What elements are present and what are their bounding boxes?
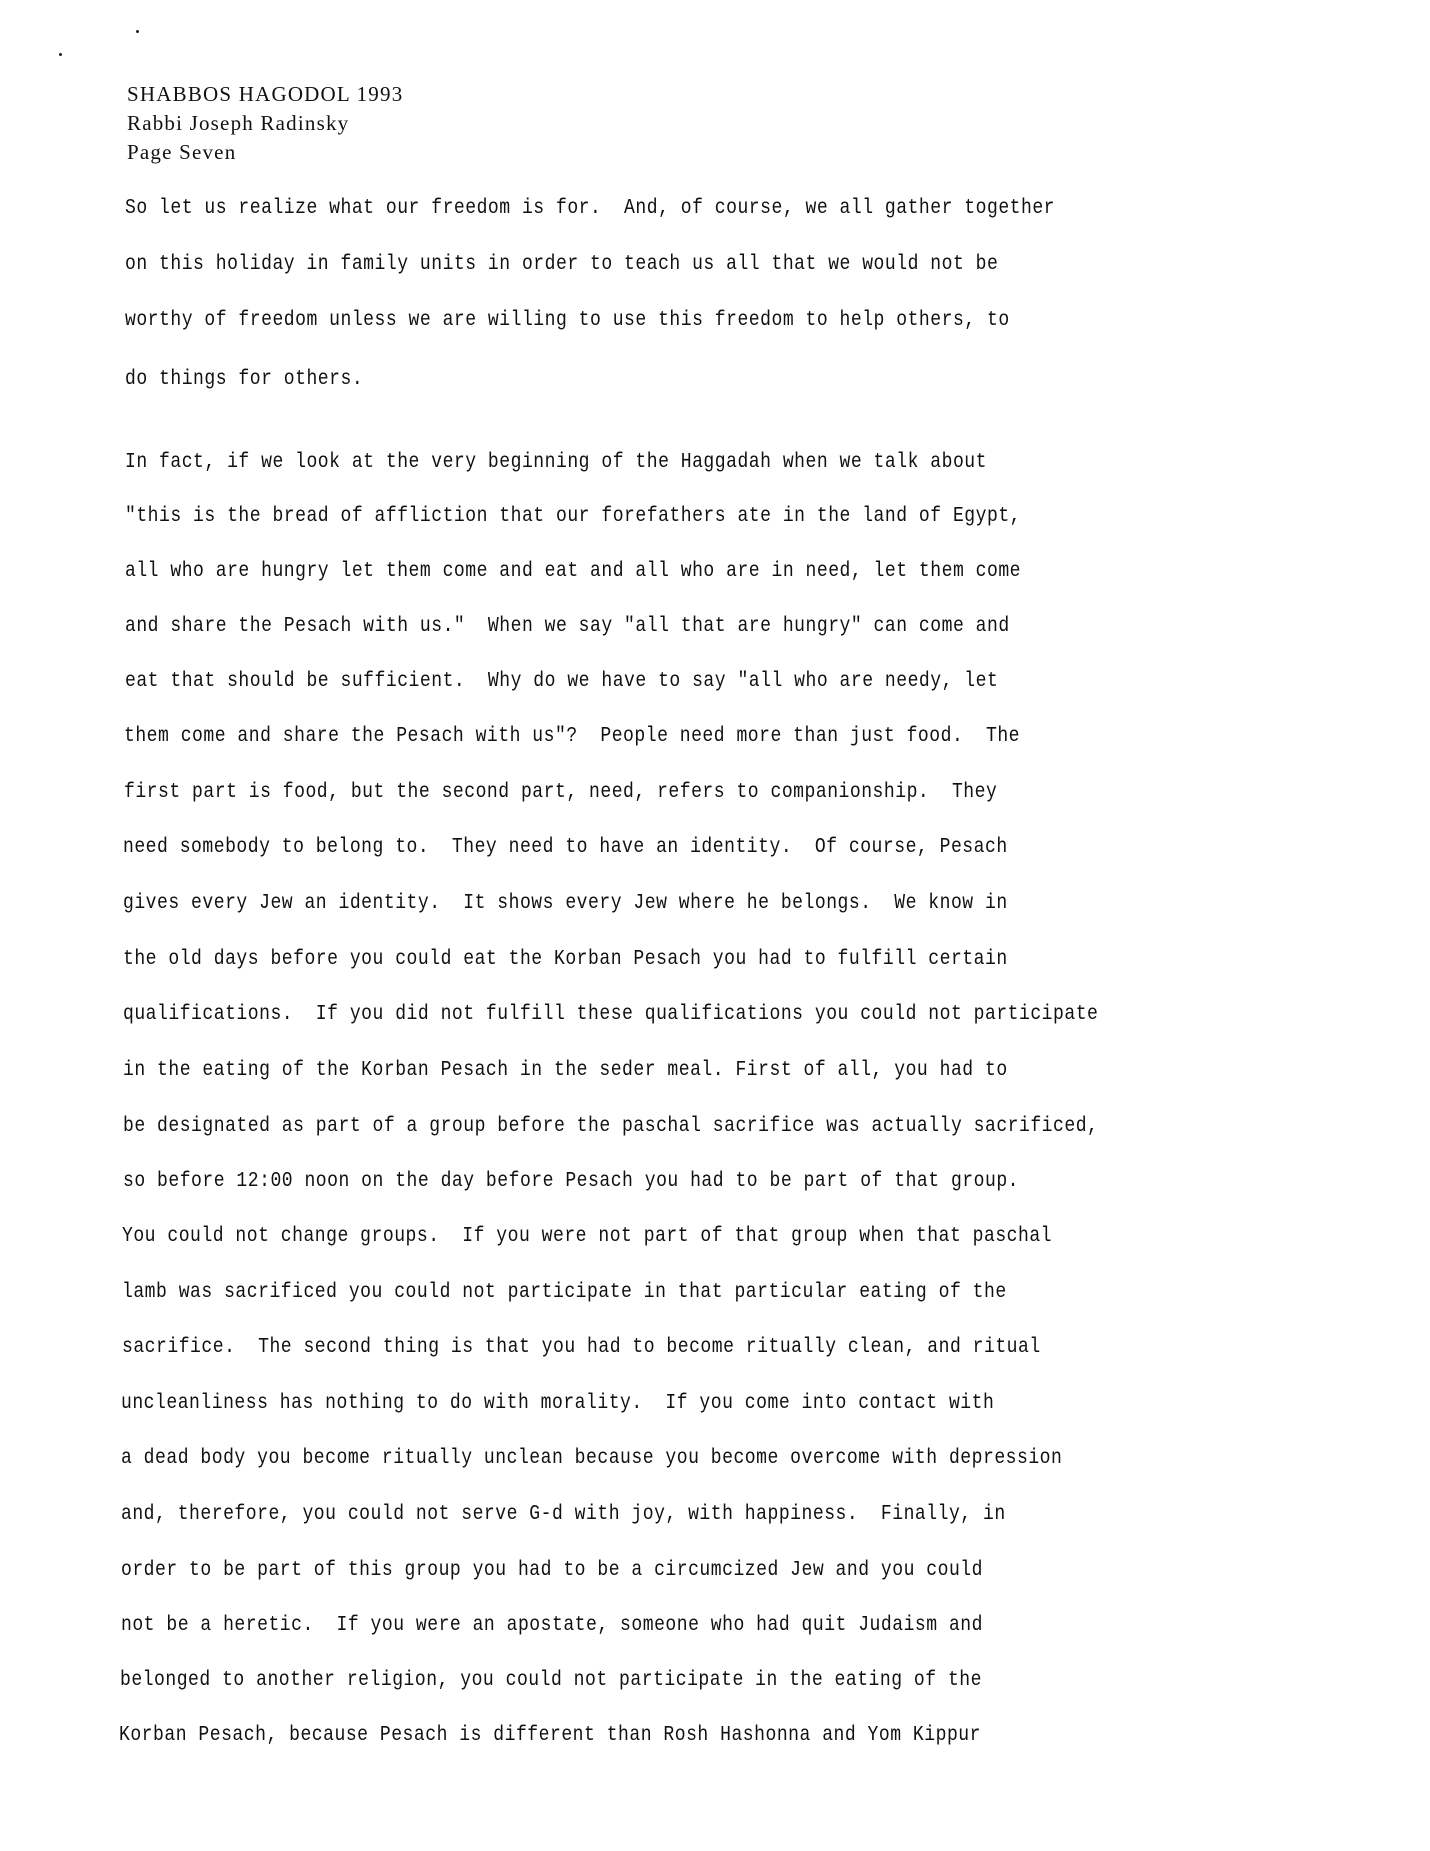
text-line: eat that should be sufficient. Why do we… [125,668,998,694]
text-line: In fact, if we look at the very beginnin… [125,449,987,475]
text-line: worthy of freedom unless we are willing … [125,307,1010,333]
text-line: order to be part of this group you had t… [121,1557,983,1583]
text-line: sacrifice. The second thing is that you … [122,1334,1041,1360]
document-header: SHABBOS HAGODOL 1993 Rabbi Joseph Radins… [127,80,403,167]
text-line: gives every Jew an identity. It shows ev… [123,890,1008,916]
text-line: the old days before you could eat the Ko… [123,946,1008,972]
text-line: in the eating of the Korban Pesach in th… [123,1057,1008,1083]
text-line: Korban Pesach, because Pesach is differe… [119,1722,981,1748]
text-line: uncleanliness has nothing to do with mor… [121,1390,994,1416]
document-author: Rabbi Joseph Radinsky [127,109,403,138]
text-line: need somebody to belong to. They need to… [123,834,1008,860]
document-title: SHABBOS HAGODOL 1993 [127,80,403,109]
scan-speck [59,53,62,56]
text-line: first part is food, but the second part,… [124,779,997,805]
text-line: on this holiday in family units in order… [125,251,998,277]
text-line: all who are hungry let them come and eat… [125,558,1021,584]
text-line: "this is the bread of affliction that ou… [125,503,1021,529]
text-line: belonged to another religion, you could … [120,1667,982,1693]
scan-speck [136,30,139,33]
text-line: so before 12:00 noon on the day before P… [123,1168,1019,1194]
text-line: lamb was sacrificed you could not partic… [122,1279,1007,1305]
text-line: and share the Pesach with us." When we s… [125,613,1010,639]
text-line: be designated as part of a group before … [123,1113,1098,1139]
text-line: a dead body you become ritually unclean … [121,1445,1062,1471]
text-line: them come and share the Pesach with us"?… [124,723,1020,749]
page-label: Page Seven [127,138,403,167]
text-line: qualifications. If you did not fulfill t… [123,1001,1098,1027]
text-line: So let us realize what our freedom is fo… [125,195,1055,221]
text-line: and, therefore, you could not serve G-d … [121,1501,1006,1527]
text-line: do things for others. [125,366,363,392]
text-line: not be a heretic. If you were an apostat… [121,1612,983,1638]
text-line: You could not change groups. If you were… [122,1223,1052,1249]
